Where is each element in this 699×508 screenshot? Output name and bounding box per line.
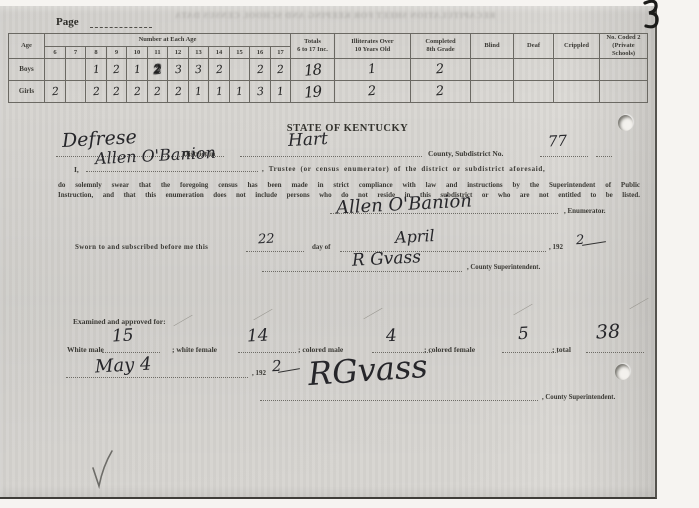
girls-age-17: 1 [276, 85, 284, 99]
age-col-17: 17 [271, 47, 291, 59]
subdistrict-blank [540, 156, 588, 157]
girls-blind [471, 81, 514, 103]
punch-hole-top [618, 115, 633, 131]
age-col-14: 14 [209, 47, 230, 59]
girls-age-11: 2 [153, 85, 161, 99]
enumerator-label: , Enumerator. [564, 207, 606, 215]
age-col-12: 12 [168, 47, 189, 59]
girls-age-10: 2 [133, 85, 141, 99]
year-printed-label: , 192 [549, 243, 563, 251]
subdistrict-label: County, Subdistrict No. [428, 149, 503, 158]
col-header-crippled: Crippled [554, 34, 600, 59]
age-col-11: 11 [148, 47, 168, 59]
colored-female-label: ; colored female [424, 345, 475, 354]
boys-age-13: 3 [194, 63, 202, 77]
col-header-coded: No. Coded 2 (Private Schools) [600, 34, 648, 59]
boys-age-14: 2 [215, 63, 223, 77]
total-blank [586, 352, 644, 353]
girls-age-13: 1 [194, 85, 202, 99]
girls-illiterates: 2 [368, 83, 378, 99]
white-male-value: 15 [112, 327, 135, 345]
row-label-boys: Boys [9, 59, 45, 81]
col-header-number-at-each-age: Number at Each Age [45, 34, 291, 47]
girls-age-12: 2 [174, 85, 182, 99]
white-female-value: 14 [247, 327, 270, 345]
col-header-illiterates: Illiterates Over 10 Years Old [335, 34, 411, 59]
colored-male-value: 4 [386, 328, 398, 346]
subdistrict-number-handwritten: 77 [548, 134, 568, 150]
boys-age-9: 2 [112, 63, 120, 77]
girls-coded [600, 81, 648, 103]
white-female-label: ; white female [172, 345, 217, 354]
girls-age-9: 2 [112, 85, 120, 99]
col-header-totals: Totals 6 to 17 Inc. [291, 34, 335, 59]
boys-blind [471, 59, 514, 81]
approval-date-blank [66, 377, 248, 378]
boys-crippled [554, 59, 600, 81]
girls-age-15: 1 [235, 85, 243, 99]
state-title: STATE OF KENTUCKY [240, 123, 455, 134]
col-header-grade8: Completed 8th Grade [411, 34, 471, 59]
approval-date-handwritten: May 4 [95, 356, 152, 377]
boys-age-10: 1 [133, 63, 141, 77]
county-name-handwritten: Hart [288, 131, 329, 150]
superintendent-blank-2 [260, 400, 538, 401]
boys-totals: 18 [303, 60, 322, 79]
superintendent-signature-1: R Gvass [352, 249, 422, 270]
colored-female-value: 5 [518, 326, 530, 344]
boys-age-16: 2 [256, 63, 264, 77]
age-col-15: 15 [230, 47, 250, 59]
superintendent-blank-1 [262, 271, 462, 272]
approval-year-printed: , 192 [252, 369, 266, 377]
punch-hole-bottom [615, 364, 630, 380]
boys-age-8: 1 [92, 63, 100, 77]
census-summary-table: Age Number at Each Age Totals 6 to 17 In… [8, 33, 648, 103]
boys-deaf [514, 59, 554, 81]
girls-crippled [554, 81, 600, 103]
ink-mark [641, 0, 663, 30]
girls-age-6: 2 [51, 85, 59, 99]
total-label: ; total [552, 345, 571, 354]
colored-female-blank [502, 352, 558, 353]
trustee-label: , Trustee (or census enumerator) of the … [262, 165, 545, 173]
page-number-blank [90, 27, 152, 28]
white-male-label: White male [67, 345, 104, 354]
age-col-16: 16 [250, 47, 271, 59]
girls-age-16: 3 [256, 85, 264, 99]
age-col-13: 13 [189, 47, 209, 59]
boys-age-12: 3 [174, 63, 182, 77]
trustee-name-blank [86, 171, 258, 172]
superintendent-label-2: , County Superintendent. [542, 394, 615, 401]
boys-age-11-scribbled: 2 [153, 63, 161, 77]
scanned-census-form: RECAPITULATION SHEET FOR KEEPING AND SCH… [0, 0, 699, 508]
age-col-9: 9 [107, 47, 127, 59]
girls-age-8: 2 [92, 85, 100, 99]
sworn-day-blank [246, 251, 304, 252]
col-header-deaf: Deaf [514, 34, 554, 59]
boys-coded [600, 59, 648, 81]
boys-illiterates: 1 [368, 61, 378, 77]
sworn-text: Sworn to and subscribed before me this [75, 243, 208, 251]
county-blank [240, 156, 422, 157]
sworn-month-handwritten: April [395, 228, 435, 246]
boys-grade8: 2 [436, 61, 446, 77]
age-col-8: 8 [86, 47, 107, 59]
superintendent-signature-2: RGvass [307, 350, 429, 390]
girls-deaf [514, 81, 554, 103]
age-col-7: 7 [66, 47, 86, 59]
examined-heading: Examined and approved for: [73, 317, 166, 326]
total-value: 38 [596, 322, 621, 342]
check-mark [90, 448, 114, 492]
row-label-girls: Girls [9, 81, 45, 103]
boys-age-17: 2 [276, 63, 284, 77]
col-header-age: Age [9, 34, 45, 59]
age-col-10: 10 [127, 47, 148, 59]
age-col-6: 6 [45, 47, 66, 59]
superintendent-label-1: , County Superintendent. [467, 264, 540, 271]
sworn-day-handwritten: 22 [258, 233, 275, 247]
white-female-blank [238, 352, 296, 353]
col-header-blind: Blind [471, 34, 514, 59]
girls-age-14: 1 [215, 85, 223, 99]
day-of-label: day of [312, 243, 330, 251]
girls-totals: 19 [303, 82, 322, 101]
oath-i-label: I, [74, 165, 79, 174]
oath-paragraph-line2: do solemnly swear that the foregoing cen… [58, 181, 640, 189]
page-label: Page [56, 16, 79, 28]
table-row-girls: Girls 2 2 2 2 2 2 1 1 1 3 1 19 2 2 [9, 81, 648, 103]
subdistrict-blank-2 [596, 156, 612, 157]
enumerator-blank [330, 213, 558, 214]
bleedthrough-text: RECAPITULATION SHEET FOR KEEPING AND SCH… [105, 10, 565, 20]
girls-grade8: 2 [436, 83, 446, 99]
table-row-boys: Boys 1 2 1 2 3 3 2 2 2 18 1 2 [9, 59, 648, 81]
